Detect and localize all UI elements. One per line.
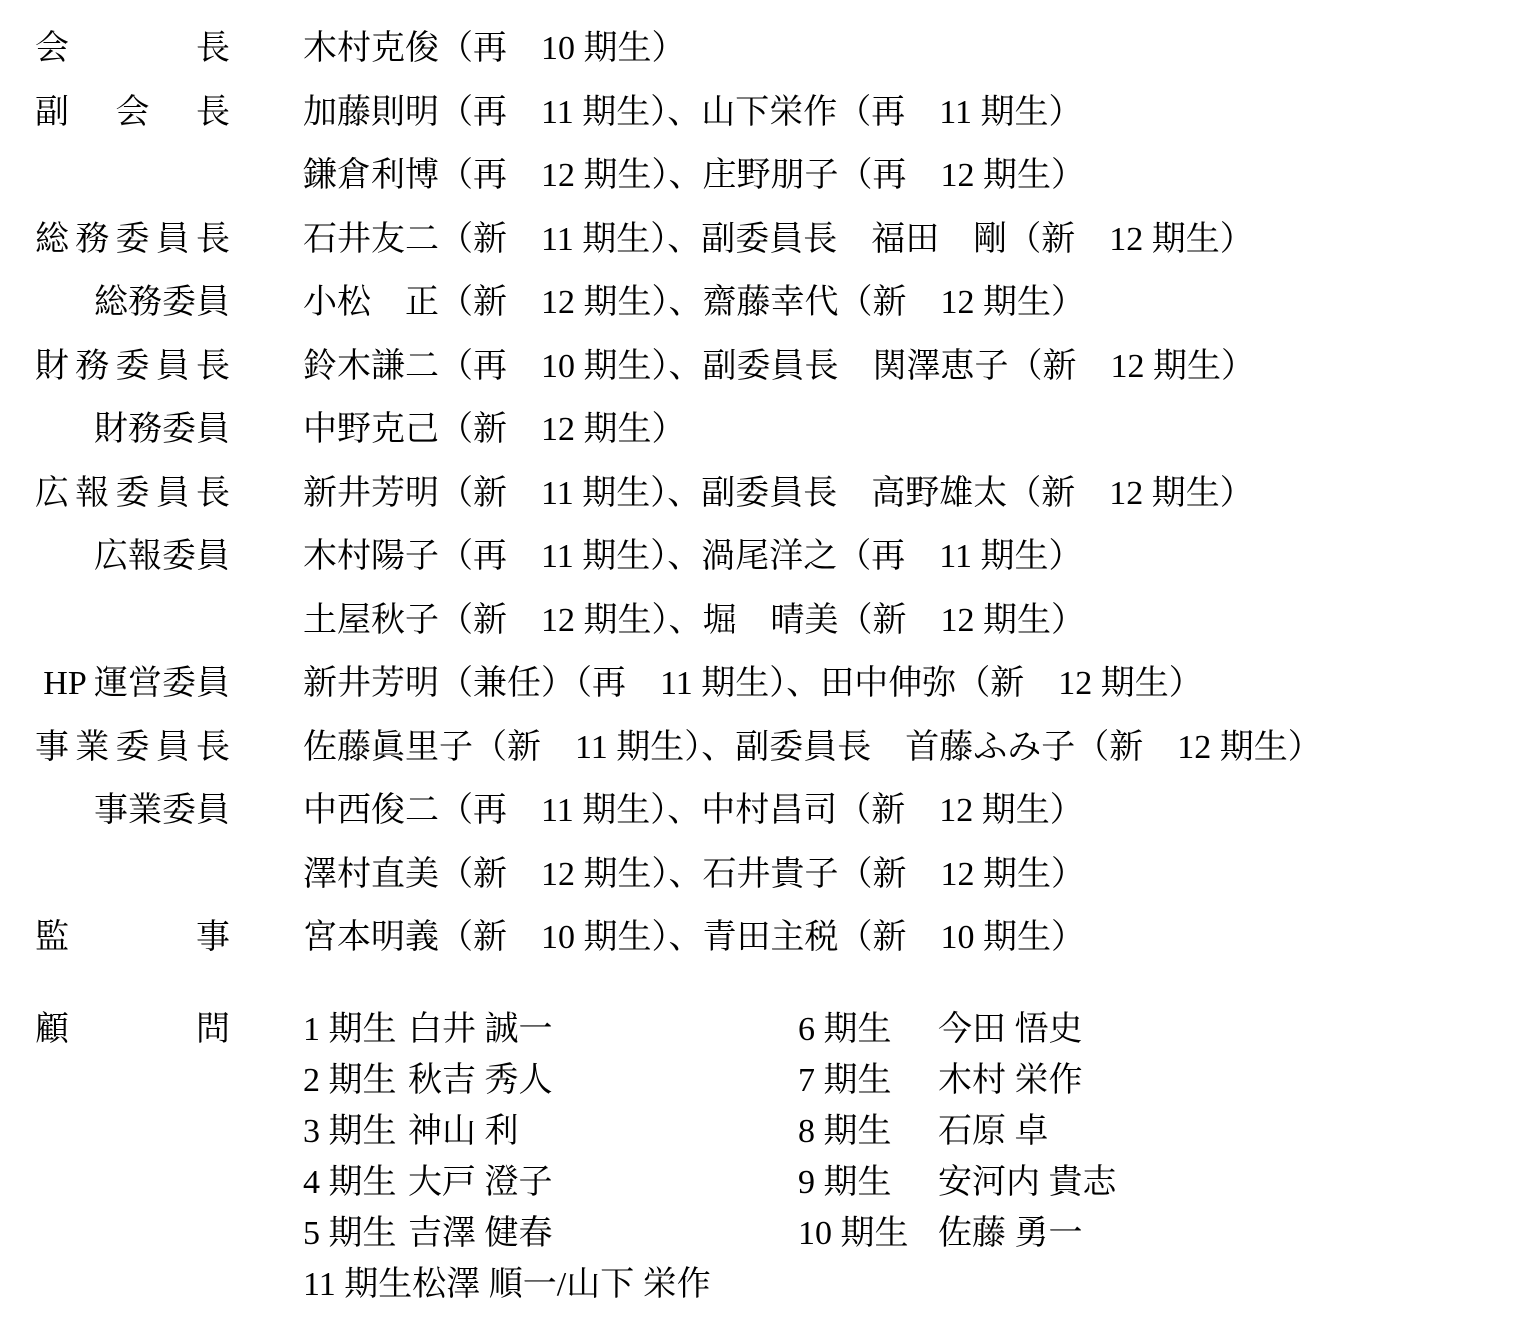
roster-row-business-member-cont: 澤村直美（新 12 期生）、石井貴子（新 12 期生） (35, 839, 1501, 903)
roster-row-business-chief: 事業委員長 佐藤眞里子（新 11 期生）、副委員長 首藤ふみ子（新 12 期生） (35, 712, 1501, 776)
member-names: 加藤則明（再 11 期生）、山下栄作（再 11 期生） (303, 84, 1082, 133)
roster-row-pr-member-cont: 土屋秋子（新 12 期生）、堀 晴美（新 12 期生） (35, 585, 1501, 649)
advisor-name: 大戸 澄子 (408, 1157, 798, 1208)
advisor-name: 木村 栄作 (938, 1055, 1083, 1106)
roster-row-pr-chief: 広報委員長 新井芳明（新 11 期生）、副委員長 高野雄太（新 12 期生） (35, 458, 1501, 522)
advisor-name: 佐藤 勇一 (938, 1208, 1083, 1259)
member-names: 鈴木謙二（再 10 期生）、副委員長 関澤恵子（新 12 期生） (303, 338, 1255, 387)
roster-row-general-affairs-chief: 総務委員長 石井友二（新 11 期生）、副委員長 福田 剛（新 12 期生） (35, 204, 1501, 268)
role-label: 副 会 長 (35, 84, 230, 133)
member-names: 新井芳明（新 11 期生）、副委員長 高野雄太（新 12 期生） (303, 465, 1254, 514)
role-label: 事業委員 (35, 782, 230, 831)
member-names: 土屋秋子（新 12 期生）、堀 晴美（新 12 期生） (303, 592, 1085, 641)
advisor-line: 11 期生 松澤 順一/山下 栄作 (303, 1259, 1117, 1310)
member-names: 佐藤眞里子（新 11 期生）、副委員長 首藤ふみ子（新 12 期生） (303, 719, 1322, 768)
roster-row-auditor: 監 事 宮本明義（新 10 期生）、青田主税（新 10 期生） (35, 902, 1501, 966)
role-label: HP 運営委員 (35, 655, 230, 704)
member-names: 木村克俊（再 10 期生） (303, 20, 686, 69)
advisor-term: 6 期生 (798, 1004, 938, 1055)
member-names: 宮本明義（新 10 期生）、青田主税（新 10 期生） (303, 909, 1085, 958)
roster-row-vice-chairman-cont: 鎌倉利博（再 12 期生）、庄野朋子（再 12 期生） (35, 140, 1501, 204)
role-label: 財務委員 (35, 401, 230, 450)
advisor-term: 1 期生 (303, 1004, 408, 1055)
role-label: 会 長 (35, 20, 230, 69)
advisor-line: 5 期生 吉澤 健春 10 期生 佐藤 勇一 (303, 1208, 1117, 1259)
role-label: 広報委員 (35, 528, 230, 577)
roster-row-general-affairs-member: 総務委員 小松 正（新 12 期生）、齋藤幸代（新 12 期生） (35, 267, 1501, 331)
roster-row-vice-chairman: 副 会 長 加藤則明（再 11 期生）、山下栄作（再 11 期生） (35, 77, 1501, 141)
advisor-term: 11 期生 (303, 1259, 412, 1310)
member-names: 鎌倉利博（再 12 期生）、庄野朋子（再 12 期生） (303, 147, 1085, 196)
advisor-term: 10 期生 (798, 1208, 938, 1259)
roster-row-finance-chief: 財務委員長 鈴木謙二（再 10 期生）、副委員長 関澤恵子（新 12 期生） (35, 331, 1501, 395)
advisor-name: 白井 誠一 (408, 1004, 798, 1055)
advisor-list: 1 期生 白井 誠一 6 期生 今田 悟史 2 期生 秋吉 秀人 7 期生 木村… (303, 1004, 1117, 1310)
roster-row-finance-member: 財務委員 中野克己（新 12 期生） (35, 394, 1501, 458)
role-label: 総務委員 (35, 274, 230, 323)
advisor-term: 7 期生 (798, 1055, 938, 1106)
role-label: 監 事 (35, 909, 230, 958)
role-label: 財務委員長 (35, 338, 230, 387)
member-names: 小松 正（新 12 期生）、齋藤幸代（新 12 期生） (303, 274, 1085, 323)
advisor-line: 2 期生 秋吉 秀人 7 期生 木村 栄作 (303, 1055, 1117, 1106)
advisor-name: 今田 悟史 (938, 1004, 1083, 1055)
member-names: 木村陽子（再 11 期生）、渦尾洋之（再 11 期生） (303, 528, 1082, 577)
advisor-name: 神山 利 (408, 1106, 798, 1157)
member-names: 石井友二（新 11 期生）、副委員長 福田 剛（新 12 期生） (303, 211, 1254, 260)
role-label: 事業委員長 (35, 719, 230, 768)
advisor-term: 4 期生 (303, 1157, 408, 1208)
role-label: 総務委員長 (35, 211, 230, 260)
advisor-name: 安河内 貴志 (938, 1157, 1117, 1208)
advisor-term: 3 期生 (303, 1106, 408, 1157)
advisor-term: 8 期生 (798, 1106, 938, 1157)
role-label-advisor: 顧 問 (35, 1004, 230, 1055)
advisor-name: 秋吉 秀人 (408, 1055, 798, 1106)
advisor-term: 2 期生 (303, 1055, 408, 1106)
role-label: 広報委員長 (35, 465, 230, 514)
advisor-section: 顧 問 1 期生 白井 誠一 6 期生 今田 悟史 2 期生 秋吉 秀人 7 期… (35, 1004, 1501, 1310)
advisor-term (802, 1259, 942, 1310)
advisor-name: 吉澤 健春 (408, 1208, 798, 1259)
roster-row-pr-member: 広報委員 木村陽子（再 11 期生）、渦尾洋之（再 11 期生） (35, 521, 1501, 585)
advisor-name: 松澤 順一/山下 栄作 (412, 1259, 802, 1310)
advisor-term: 5 期生 (303, 1208, 408, 1259)
member-names: 新井芳明（兼任）（再 11 期生）、田中伸弥（新 12 期生） (303, 655, 1203, 704)
roster-row-chairman: 会 長 木村克俊（再 10 期生） (35, 13, 1501, 77)
roster-row-hp-operation-member: HP 運営委員 新井芳明（兼任）（再 11 期生）、田中伸弥（新 12 期生） (35, 648, 1501, 712)
advisor-line: 1 期生 白井 誠一 6 期生 今田 悟史 (303, 1004, 1117, 1055)
member-names: 中野克己（新 12 期生） (303, 401, 686, 450)
roster-row-business-member: 事業委員 中西俊二（再 11 期生）、中村昌司（新 12 期生） (35, 775, 1501, 839)
officer-roster: 会 長 木村克俊（再 10 期生） 副 会 長 加藤則明（再 11 期生）、山下… (35, 13, 1501, 1310)
advisor-name: 石原 卓 (938, 1106, 1049, 1157)
advisor-line: 3 期生 神山 利 8 期生 石原 卓 (303, 1106, 1117, 1157)
member-names: 澤村直美（新 12 期生）、石井貴子（新 12 期生） (303, 846, 1085, 895)
advisor-term: 9 期生 (798, 1157, 938, 1208)
advisor-line: 4 期生 大戸 澄子 9 期生 安河内 貴志 (303, 1157, 1117, 1208)
member-names: 中西俊二（再 11 期生）、中村昌司（新 12 期生） (303, 782, 1084, 831)
